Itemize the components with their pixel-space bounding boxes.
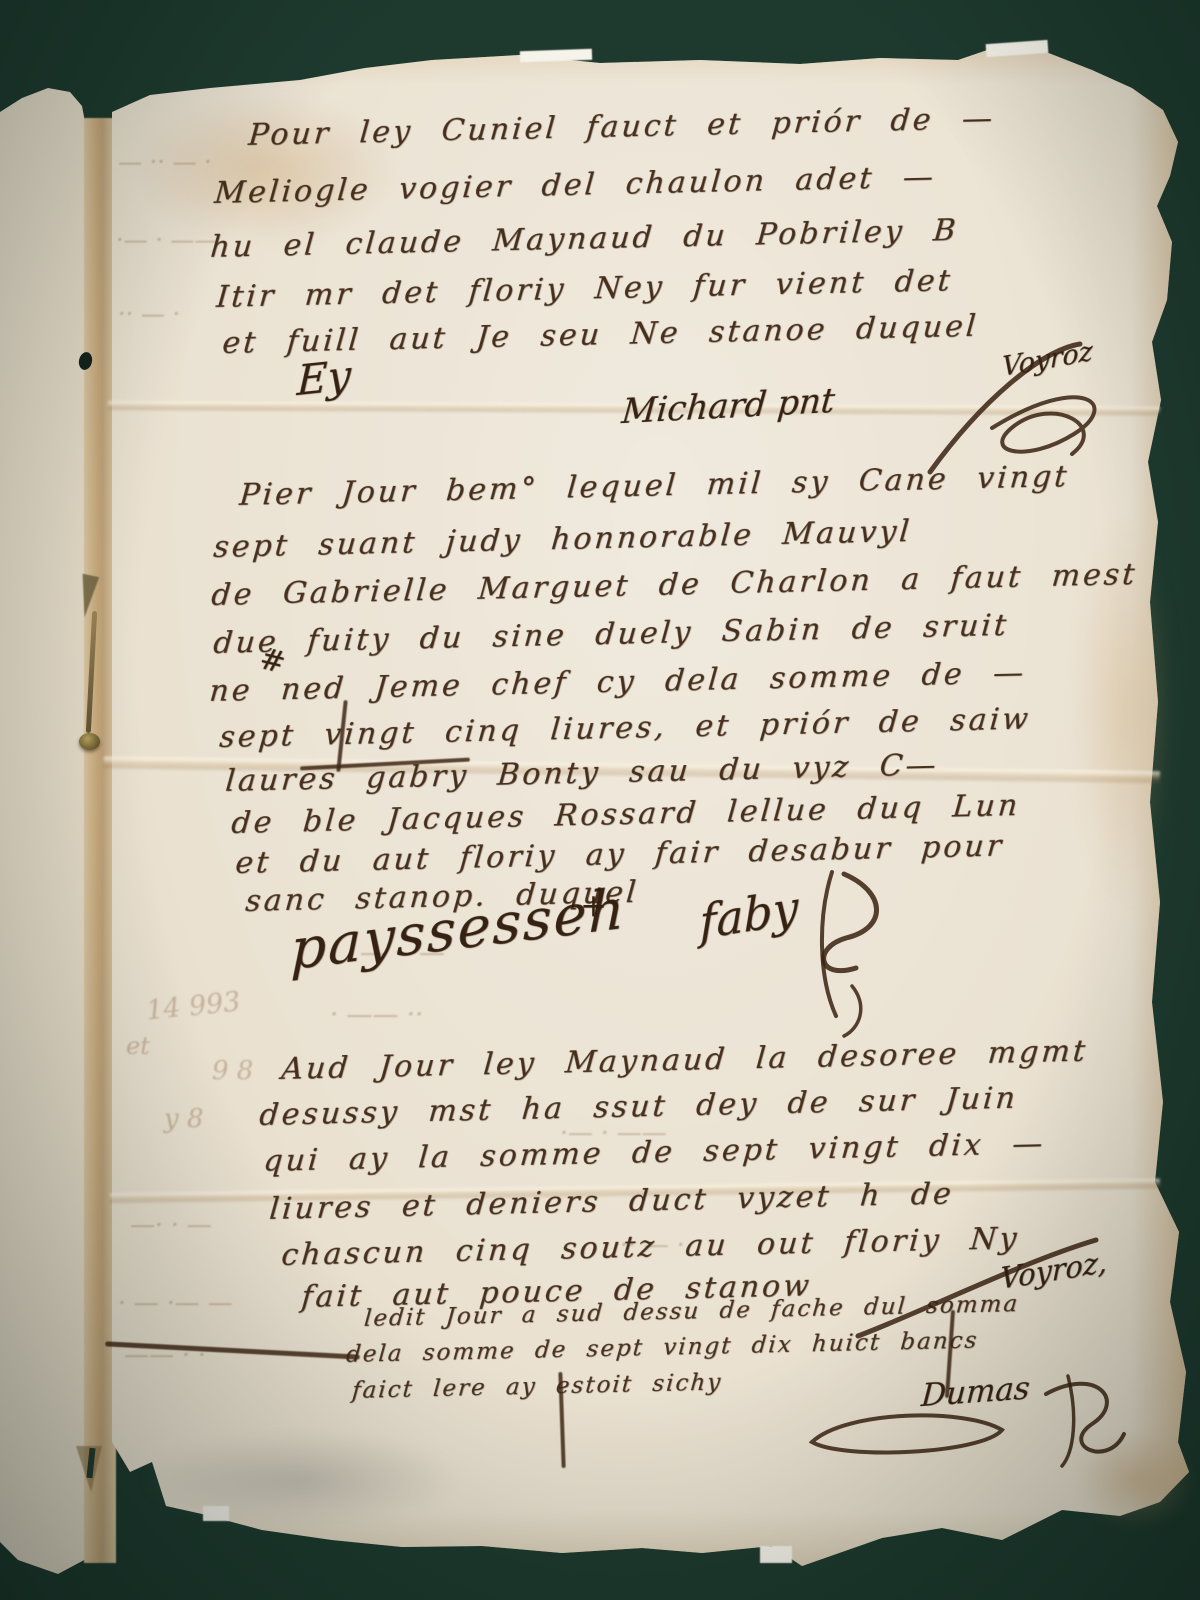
signature-dumas-underline — [806, 1404, 1011, 1464]
paper-shadow — [140, 1430, 460, 1530]
left-page-line-ending: ß — [1176, 270, 1197, 303]
signature-dumas-paraph — [1028, 1366, 1133, 1471]
bleedthrough-mark: ·· — · — [118, 300, 180, 328]
manuscript-photo: puisl ß mt ley te qui nt S mi t — y — J … — [0, 0, 1200, 1600]
margin-faded-note: y 8 — [164, 1104, 204, 1134]
left-page-line-ending: mt — [1156, 337, 1197, 371]
torn-edge-highlight — [203, 1506, 229, 1521]
signature-voyroz2-stroke — [852, 1232, 1102, 1342]
bleedthrough-mark: · — ·— — — [118, 1288, 233, 1317]
bleedthrough-mark: — ·· — · — [118, 148, 212, 176]
margin-faded-note: et — [126, 1032, 150, 1060]
left-page-line-ending: mi — [1158, 1023, 1197, 1057]
margin-faded-note: 9 8 — [212, 1056, 253, 1086]
binding-pin-head — [79, 733, 100, 750]
paragraph-end-mark: Ey — [296, 350, 352, 405]
binding-pin — [68, 575, 112, 785]
binding-pin-shaft — [86, 611, 97, 733]
torn-edge-highlight — [760, 1546, 792, 1563]
torn-edge-highlight — [520, 49, 592, 63]
signature-faby-paraph — [748, 866, 908, 1041]
bleedthrough-mark: ·— · —— — [116, 226, 219, 254]
left-page-line-ending: J — [1183, 1245, 1197, 1277]
bleedthrough-mark: —· · — — [130, 1210, 212, 1239]
bleedthrough-mark: · —— ·· — [330, 1000, 423, 1030]
signature-voyroz-paraph — [922, 330, 1137, 480]
